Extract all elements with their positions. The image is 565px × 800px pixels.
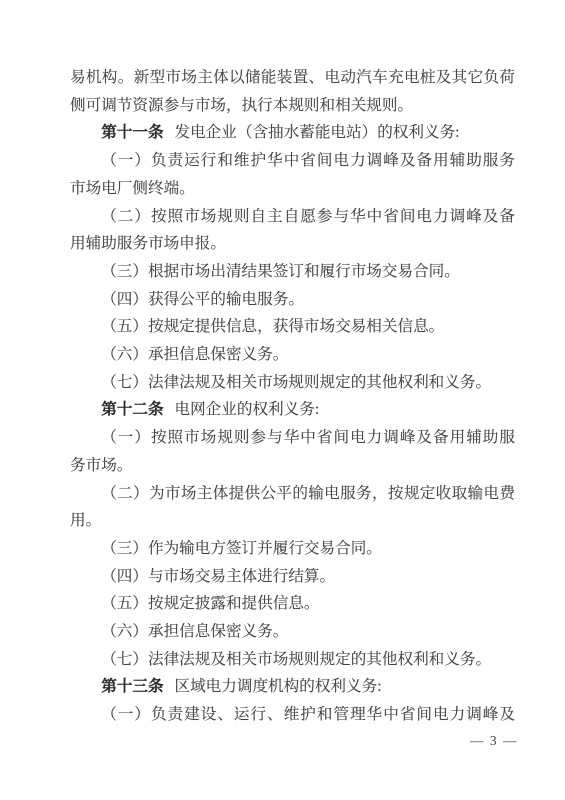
line-text: （五）按规定提供信息，获得市场交易相关信息。 (101, 318, 444, 335)
line-text: （四）与市场交易主体进行结算。 (101, 568, 335, 585)
article-number: 第十三条 (101, 678, 163, 695)
document-line: （七）法律法规及相关市场规则规定的其他权利和义务。 (70, 369, 515, 397)
line-text: 用。 (70, 512, 101, 529)
document-line: （一）按照市场规则参与华中省间电力调峰及备用辅助服 (70, 424, 515, 452)
line-text: 用辅助服务市场申报。 (70, 235, 226, 252)
line-text: （七）法律法规及相关市场规则规定的其他权利和义务。 (101, 651, 491, 668)
document-line: 用辅助服务市场申报。 (70, 230, 515, 258)
document-line: （二）为市场主体提供公平的输电服务，按规定收取输电费 (70, 480, 515, 508)
line-text: 务市场。 (70, 457, 132, 474)
line-text: 易机构。新型市场主体以储能装置、电动汽车充电桩及其它负荷 (70, 69, 515, 86)
line-text: 区域电力调度机构的权利义务: (174, 678, 381, 695)
article-number: 第十二条 (101, 401, 163, 418)
line-text: 电网企业的权利义务: (174, 401, 319, 418)
document-line: （一）负责运行和维护华中省间电力调峰及备用辅助服务 (70, 147, 515, 175)
line-text: 市场电厂侧终端。 (70, 180, 195, 197)
article-number: 第十一条 (101, 124, 163, 141)
document-page: 易机构。新型市场主体以储能装置、电动汽车充电桩及其它负荷侧可调节资源参与市场，执… (0, 0, 565, 800)
document-line: （四）获得公平的输电服务。 (70, 286, 515, 314)
document-line: （六）承担信息保密义务。 (70, 341, 515, 369)
document-line: 务市场。 (70, 452, 515, 480)
document-line: （六）承担信息保密义务。 (70, 618, 515, 646)
line-text: （二）为市场主体提供公平的输电服务，按规定收取输电费 (101, 485, 515, 502)
document-body: 易机构。新型市场主体以储能装置、电动汽车充电桩及其它负荷侧可调节资源参与市场，执… (70, 64, 515, 729)
page-number: — 3 — (470, 733, 518, 749)
line-text: （一）负责运行和维护华中省间电力调峰及备用辅助服务 (101, 152, 515, 169)
document-line: 用。 (70, 507, 515, 535)
line-text: （七）法律法规及相关市场规则规定的其他权利和义务。 (101, 374, 491, 391)
document-line: 第十三条区域电力调度机构的权利义务: (70, 673, 515, 701)
document-line: （三）作为输电方签订并履行交易合同。 (70, 535, 515, 563)
line-text: （六）承担信息保密义务。 (101, 623, 288, 640)
document-line: （四）与市场交易主体进行结算。 (70, 563, 515, 591)
document-line: （五）按规定披露和提供信息。 (70, 590, 515, 618)
line-text: （四）获得公平的输电服务。 (101, 291, 304, 308)
line-text: （六）承担信息保密义务。 (101, 346, 288, 363)
line-text: （三）作为输电方签订并履行交易合同。 (101, 540, 382, 557)
line-text: （五）按规定披露和提供信息。 (101, 595, 319, 612)
line-text: （三）根据市场出清结果签订和履行市场交易合同。 (101, 263, 460, 280)
line-text: 发电企业（含抽水蓄能电站）的权利义务: (174, 124, 459, 141)
document-line: 第十二条电网企业的权利义务: (70, 396, 515, 424)
document-line: 市场电厂侧终端。 (70, 175, 515, 203)
document-line: 易机构。新型市场主体以储能装置、电动汽车充电桩及其它负荷 (70, 64, 515, 92)
line-text: （一）按照市场规则参与华中省间电力调峰及备用辅助服 (101, 429, 515, 446)
document-line: （三）根据市场出清结果签订和履行市场交易合同。 (70, 258, 515, 286)
document-line: 侧可调节资源参与市场，执行本规则和相关规则。 (70, 92, 515, 120)
document-line: （二）按照市场规则自主自愿参与华中省间电力调峰及备 (70, 203, 515, 231)
document-line: 第十一条发电企业（含抽水蓄能电站）的权利义务: (70, 119, 515, 147)
line-text: （一）负责建设、运行、维护和管理华中省间电力调峰及 (101, 706, 515, 723)
document-line: （七）法律法规及相关市场规则规定的其他权利和义务。 (70, 646, 515, 674)
line-text: 侧可调节资源参与市场，执行本规则和相关规则。 (70, 97, 413, 114)
document-line: （一）负责建设、运行、维护和管理华中省间电力调峰及 (70, 701, 515, 729)
document-line: （五）按规定提供信息，获得市场交易相关信息。 (70, 313, 515, 341)
line-text: （二）按照市场规则自主自愿参与华中省间电力调峰及备 (101, 208, 515, 225)
